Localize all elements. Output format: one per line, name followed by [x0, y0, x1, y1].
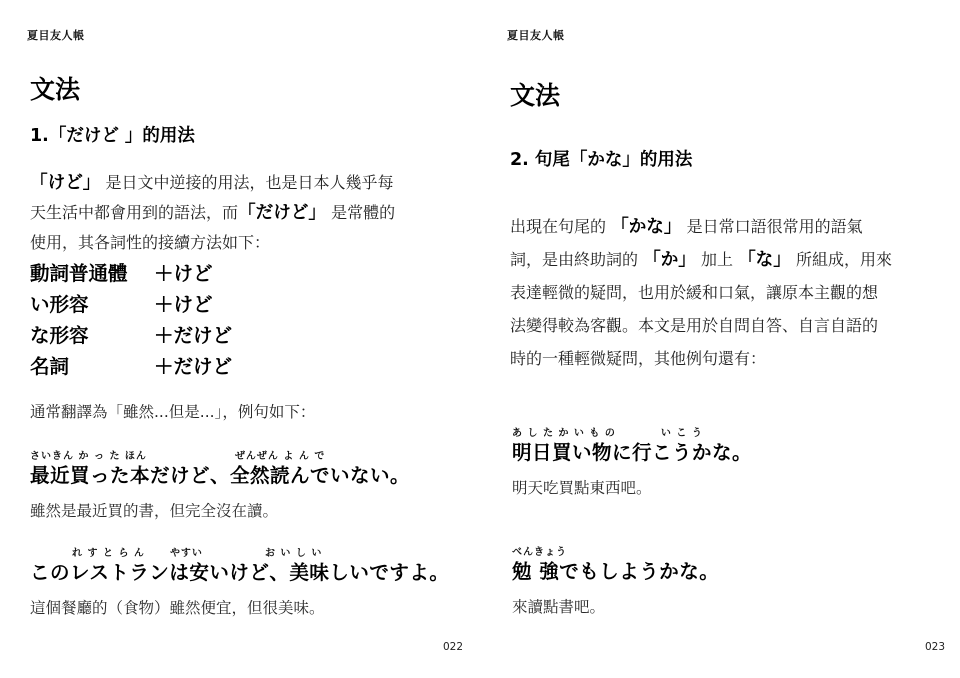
example-block: さいきん か っ た ほんぜんぜん よ ん で 最近買った本だけど、全然読んでい…	[30, 447, 410, 521]
intro-line: 時的一種輕微疑問，其他例句還有：	[510, 342, 892, 375]
text-run: 使用，其各詞性的接續方法如下：	[30, 233, 270, 252]
furigana-text: べんきょう	[512, 543, 719, 559]
japanese-sentence: 明日買い物に行こうかな。	[512, 440, 752, 466]
conjugation-form: ＋けど	[154, 262, 213, 285]
japanese-sentence: このレストランは安いけど、美味しいですよ。	[30, 560, 449, 586]
page-left: 夏目友人帳 文法 1.「だけど 」的用法 「けど」 是日文中逆接的用法，也是日本…	[0, 0, 480, 678]
text-run: 表達輕微的疑問，也用於緩和口氣，讓原本主觀的想	[510, 283, 878, 302]
intro-line: 法變得較為客觀。本文是用於自問自答、自言自語的	[510, 309, 892, 342]
text-run: 是日常口語很常用的語氣	[681, 217, 862, 236]
running-header: 夏目友人帳	[507, 27, 565, 43]
japanese-sentence: 勉 強でもしようかな。	[512, 559, 719, 585]
text-run: 出現在句尾的	[510, 217, 611, 236]
text-run: 所組成，用來	[791, 250, 892, 269]
running-header: 夏目友人帳	[27, 27, 85, 43]
text-run: 天生活中都會用到的語法，而	[30, 203, 238, 222]
intro-paragraph: 出現在句尾的 「かな」 是日常口語很常用的語氣 詞，是由終助詞的 「か」 加上 …	[510, 210, 892, 375]
emphasized-term: 「な」	[738, 250, 791, 270]
emphasized-term: 「か」	[643, 250, 696, 270]
furigana-segment: ぜんぜん よ ん で	[235, 447, 325, 462]
section-heading: 1.「だけど 」的用法	[30, 122, 195, 147]
japanese-sentence: 最近買った本だけど、全然読んでいない。	[30, 463, 410, 489]
conjugation-form: ＋だけど	[154, 355, 232, 378]
conjugation-form: ＋けど	[154, 293, 213, 316]
emphasized-term: 「かな」	[611, 217, 681, 237]
furigana-segment: さいきん か っ た ほん	[30, 447, 147, 462]
page-right: 夏目友人帳 文法 2. 句尾「かな」的用法 出現在句尾的 「かな」 是日常口語很…	[480, 0, 960, 678]
intro-line: 出現在句尾的 「かな」 是日常口語很常用的語氣	[510, 210, 892, 243]
furigana-segment: お い し い	[265, 544, 322, 559]
chinese-translation: 雖然是最近買的書，但完全沒在讀。	[30, 499, 410, 521]
page-title: 文法	[510, 76, 560, 112]
conjugation-table: 動詞普通體＋けど い形容＋けど な形容＋だけど 名詞＋だけど	[30, 258, 232, 382]
text-run: 是日文中逆接的用法，也是日本人幾乎每	[100, 173, 393, 192]
book-spread: 夏目友人帳 文法 1.「だけど 」的用法 「けど」 是日文中逆接的用法，也是日本…	[0, 0, 960, 678]
page-number: 023	[925, 641, 945, 653]
example-block: あ し た か い も のい こ う 明日買い物に行こうかな。 明天吃買點東西吧…	[512, 424, 752, 498]
conjugation-form: ＋だけど	[154, 324, 232, 347]
conjugation-row: 動詞普通體＋けど	[30, 258, 232, 289]
chinese-translation: 這個餐廳的（食物）雖然便宜，但很美味。	[30, 596, 449, 618]
example-block: れ す と ら んやすいお い し い このレストランは安いけど、美味しいですよ…	[30, 544, 449, 618]
emphasized-term: 「だけど」	[238, 203, 326, 223]
conjugation-row: な形容＋だけど	[30, 320, 232, 351]
text-run: 時的一種輕微疑問，其他例句還有：	[510, 349, 766, 368]
text-run: 詞，是由終助詞的	[510, 250, 643, 269]
chinese-translation: 來讀點書吧。	[512, 595, 719, 617]
chinese-translation: 明天吃買點東西吧。	[512, 476, 752, 498]
conjugation-row: 名詞＋だけど	[30, 351, 232, 382]
conjugation-row: い形容＋けど	[30, 289, 232, 320]
furigana-segment: れ す と ら ん	[72, 544, 145, 559]
text-run: 是常體的	[326, 203, 395, 222]
section-heading: 2. 句尾「かな」的用法	[510, 146, 692, 171]
example-block: べんきょう 勉 強でもしようかな。 來讀點書吧。	[512, 543, 719, 617]
conjugation-label: い形容	[30, 289, 154, 320]
intro-line: 使用，其各詞性的接續方法如下：	[30, 228, 395, 258]
intro-line: 表達輕微的疑問，也用於緩和口氣，讓原本主觀的想	[510, 276, 892, 309]
intro-line: 天生活中都會用到的語法，而「だけど」 是常體的	[30, 198, 395, 228]
usage-note: 通常翻譯為「雖然...但是...」，例句如下：	[30, 400, 315, 422]
furigana-segment: やすい	[170, 544, 203, 559]
conjugation-label: な形容	[30, 320, 154, 351]
conjugation-label: 動詞普通體	[30, 258, 154, 289]
furigana-text: れ す と ら んやすいお い し い	[30, 544, 449, 560]
furigana-segment: あ し た か い も の	[512, 424, 616, 439]
text-run: 加上	[696, 250, 738, 269]
furigana-text: さいきん か っ た ほんぜんぜん よ ん で	[30, 447, 410, 463]
text-run: 法變得較為客觀。本文是用於自問自答、自言自語的	[510, 316, 878, 335]
furigana-segment: べんきょう	[512, 543, 567, 558]
intro-line: 詞，是由終助詞的 「か」 加上 「な」 所組成，用來	[510, 243, 892, 276]
intro-line: 「けど」 是日文中逆接的用法，也是日本人幾乎每	[30, 168, 395, 198]
intro-paragraph: 「けど」 是日文中逆接的用法，也是日本人幾乎每 天生活中都會用到的語法，而「だけ…	[30, 168, 395, 258]
furigana-text: あ し た か い も のい こ う	[512, 424, 752, 440]
emphasized-term: 「けど」	[30, 173, 100, 193]
page-number: 022	[443, 641, 463, 653]
conjugation-label: 名詞	[30, 351, 154, 382]
furigana-segment: い こ う	[661, 424, 703, 439]
page-title: 文法	[30, 70, 80, 106]
